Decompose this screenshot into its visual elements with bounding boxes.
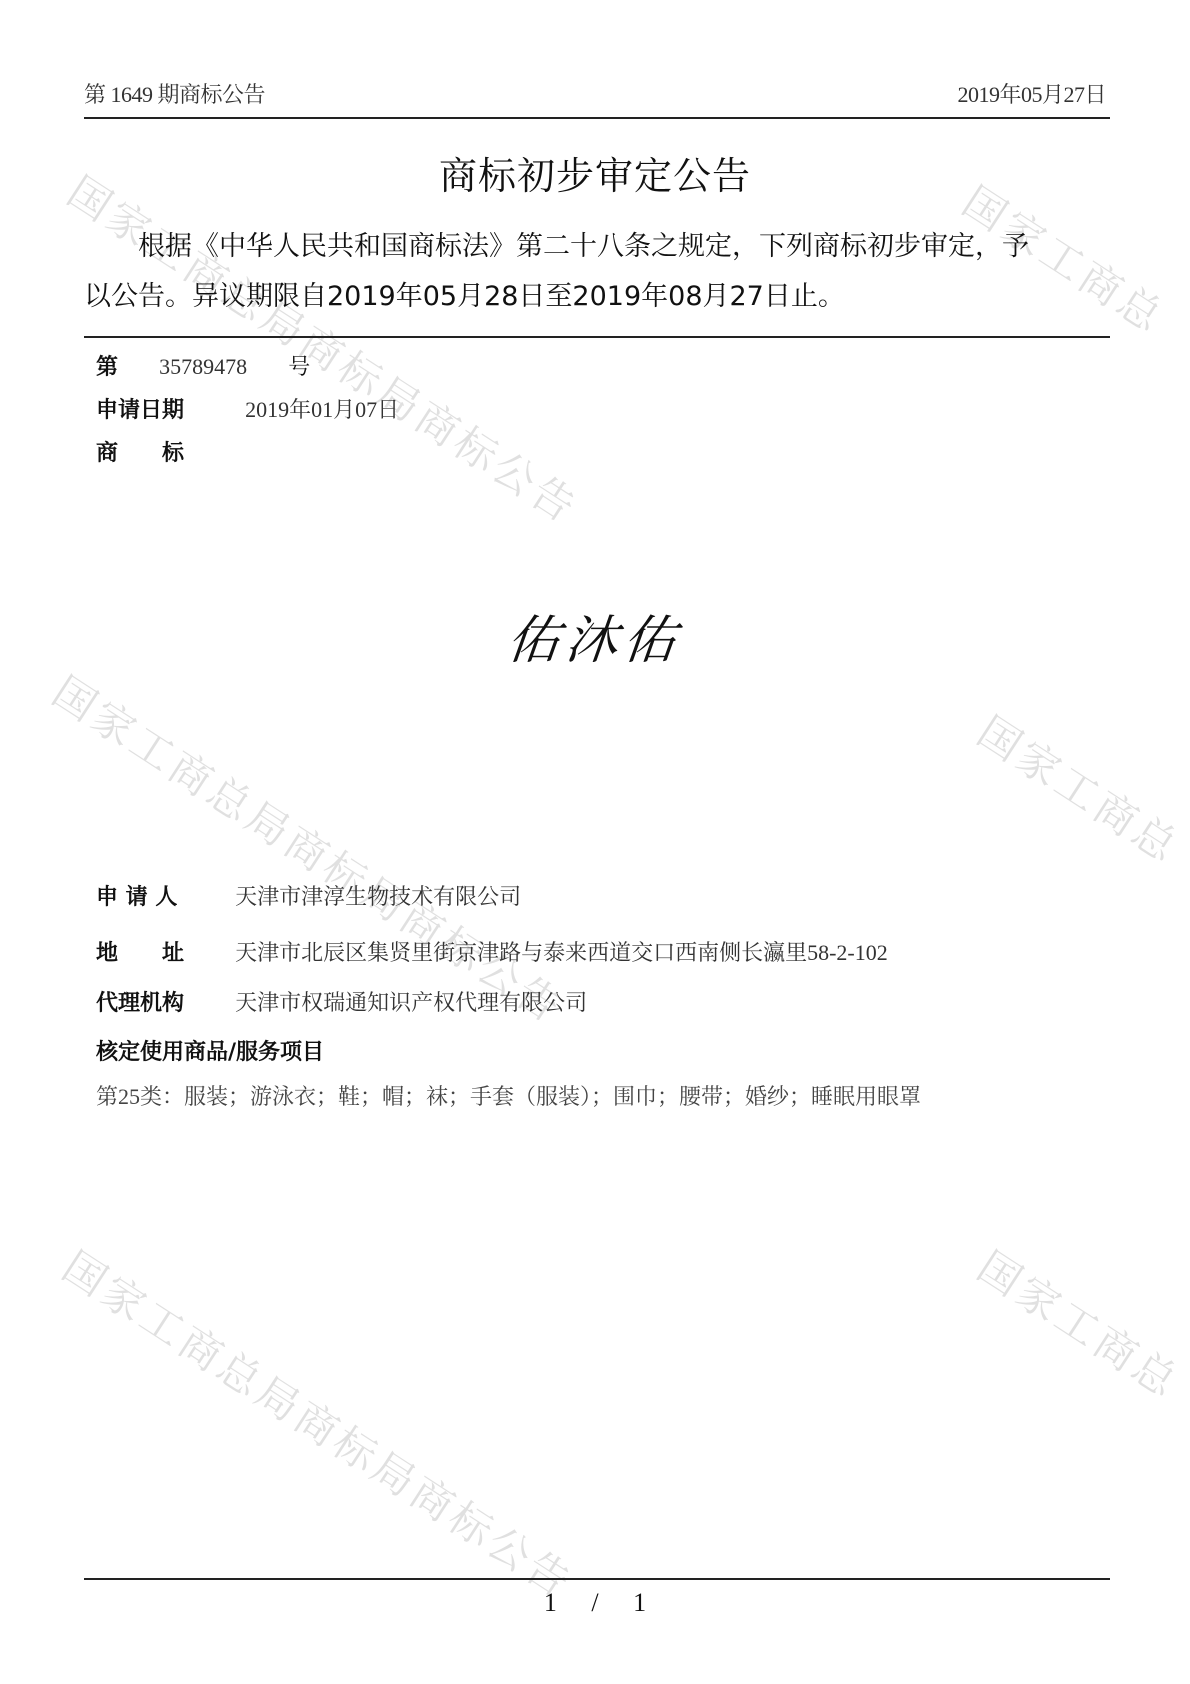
mark-row: 商 标 <box>96 436 184 467</box>
application-date-row: 申请日期 2019年01月07日 <box>96 393 399 424</box>
number-label-pre: 第 <box>96 355 118 380</box>
goods-label: 核定使用商品/服务项目 <box>96 1040 324 1065</box>
registration-number: 35789478 <box>159 354 247 379</box>
address-label: 地 址 <box>96 936 230 967</box>
issue-date: 2019年05月27日 <box>957 78 1106 109</box>
applicant-label: 申 请 人 <box>96 880 230 911</box>
watermark: 国家工商总局商标局商标公告 <box>52 1235 586 1611</box>
application-date: 2019年01月07日 <box>245 397 399 422</box>
watermark: 国家工商总 <box>967 700 1190 876</box>
section-divider <box>84 336 1110 338</box>
watermark: 国家工商总局商标局商标公告 <box>42 660 576 1036</box>
applicant-row: 申 请 人 天津市津淳生物技术有限公司 <box>96 880 521 911</box>
watermark: 国家工商总 <box>967 1235 1190 1411</box>
trademark-image: 佑沐佑 <box>0 598 1190 673</box>
applicant-name: 天津市津淳生物技术有限公司 <box>235 884 521 909</box>
goods-list: 第25类：服装；游泳衣；鞋；帽；袜；手套（服装）；围巾；腰带；婚纱；睡眠用眼罩 <box>96 1080 921 1111</box>
footer-divider <box>84 1578 1110 1580</box>
intro-line-2: 以公告。异议期限自2019年05月28日至2019年08月27日止。 <box>84 272 1114 322</box>
watermark: 国家工商总局商标局商标公告 <box>57 160 591 536</box>
page-title: 商标初步审定公告 <box>0 145 1190 200</box>
address-value: 天津市北辰区集贤里街京津路与泰来西道交口西南侧长瀛里58-2-102 <box>235 940 888 965</box>
agent-label: 代理机构 <box>96 986 230 1017</box>
mark-label: 商 标 <box>96 441 184 466</box>
registration-number-row: 第 35789478 号 <box>96 350 310 381</box>
address-row: 地 址 天津市北辰区集贤里街京津路与泰来西道交口西南侧长瀛里58-2-102 <box>96 936 888 967</box>
page-number: 1 / 1 <box>0 1588 1190 1618</box>
application-date-label: 申请日期 <box>96 398 184 423</box>
header-divider <box>84 117 1110 119</box>
issue-number: 第 1649 期商标公告 <box>84 78 265 109</box>
intro-line-1: 根据《中华人民共和国商标法》第二十八条之规定，下列商标初步审定，予 <box>84 222 1114 272</box>
number-label-post: 号 <box>288 355 310 380</box>
agent-row: 代理机构 天津市权瑞通知识产权代理有限公司 <box>96 986 587 1017</box>
agent-name: 天津市权瑞通知识产权代理有限公司 <box>235 990 587 1015</box>
goods-heading-row: 核定使用商品/服务项目 <box>96 1035 324 1066</box>
intro-paragraph: 根据《中华人民共和国商标法》第二十八条之规定，下列商标初步审定，予 以公告。异议… <box>84 222 1114 322</box>
